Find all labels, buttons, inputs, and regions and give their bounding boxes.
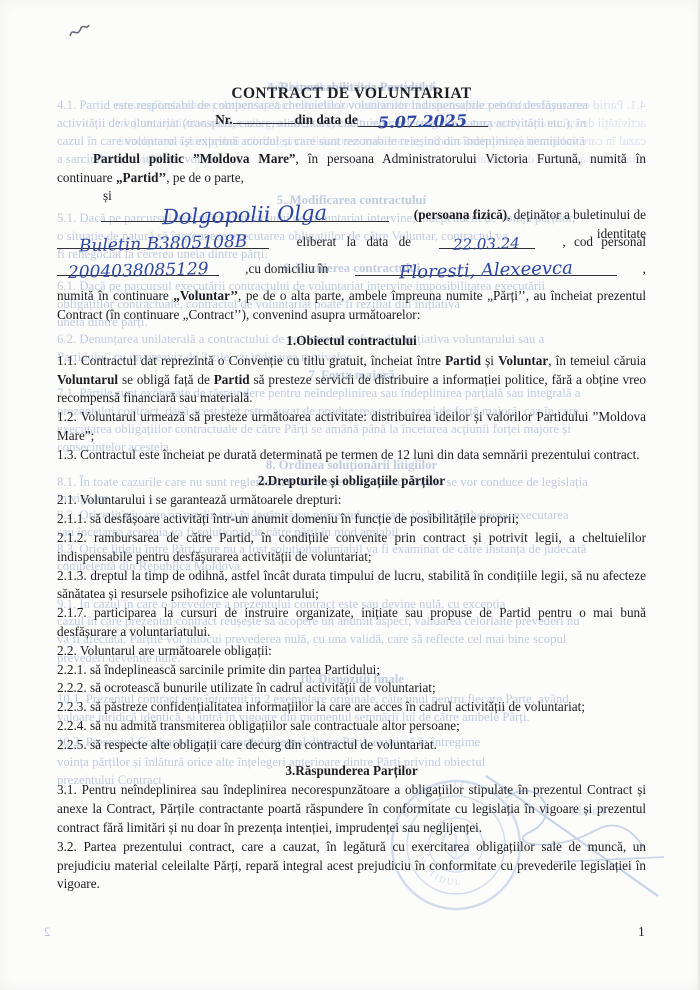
nr-label: Nr. xyxy=(215,112,232,127)
contract-body: CONTRACT DE VOLUNTARIAT Nr.din data de5.… xyxy=(57,84,646,894)
id-handwritten-value: Buletin B3805108B xyxy=(79,236,248,253)
pen-mark-icon xyxy=(66,20,92,46)
paragraph: 3.2. Partea prezentului contract, care a… xyxy=(57,838,646,894)
paragraph: 2.2.2. să ocrotească bunurile utilizate … xyxy=(57,679,646,698)
closing-intro-paragraph: numită în continuare „Voluntar’’, pe de … xyxy=(57,287,646,325)
domicile-label: ,cu domiciliu în xyxy=(245,260,328,279)
bold-text-run: „Voluntar’’ xyxy=(173,288,238,303)
text-run: 1.1. Contractul dat reprezintă o Convenț… xyxy=(57,353,445,368)
cod-label: , cod personal xyxy=(562,233,646,252)
page-number: 1 xyxy=(638,924,645,940)
paragraph: 2.2.5. să respecte alte obligații care d… xyxy=(57,736,646,755)
domicile-tail: , xyxy=(643,260,646,279)
bold-text-run: (persoana fizică) xyxy=(414,207,507,222)
paragraph: 2.2.4. să nu admită transmiterea obligaț… xyxy=(57,717,646,736)
name-field: Dolgopolii Olga xyxy=(101,206,389,222)
paragraph: 2.1.1. să desfășoare activități într-un … xyxy=(57,510,646,529)
paragraph: 2.1. Voluntarului i se garantează următo… xyxy=(57,491,646,510)
domicile-field: Floresti, Alexeevca xyxy=(355,260,617,276)
section-heading: 2.Drepturile și obligațiile părților xyxy=(57,472,646,491)
date-label: din data de xyxy=(295,112,358,127)
section-heading: 1.Obiectul contractului xyxy=(57,332,646,351)
text-run: se obligă față de xyxy=(118,372,214,387)
name-handwritten-value: Dolgopolii Olga xyxy=(162,207,327,224)
paragraph: 2.2. Voluntarul are următoarele obligați… xyxy=(57,642,646,661)
cod-handwritten-value: 2004038085129 xyxy=(68,263,209,279)
domicile-handwritten-value: Floresti, Alexeevca xyxy=(398,263,572,280)
section-heading: 3.Răspunderea Parților xyxy=(57,762,646,781)
paragraph: 3.1. Pentru neîndeplinirea sau îndeplini… xyxy=(57,781,646,837)
paragraph: 1.1. Contractul dat reprezintă o Convenț… xyxy=(57,352,646,408)
paragraph: 2.1.3. dreptul la timp de odihnă, astfel… xyxy=(57,567,646,605)
nr-blank-field xyxy=(233,108,295,124)
bold-text-run: „Partid’’ xyxy=(116,170,166,185)
number-date-line: Nr.din data de5.07.2025 xyxy=(57,108,646,130)
paragraph: 1.3. Contractul este încheiat pe durată … xyxy=(57,446,646,465)
bold-text-run: Voluntar xyxy=(498,353,548,368)
text-run: , în temeiul căruia xyxy=(548,353,646,368)
sections: 1.Obiectul contractului1.1. Contractul d… xyxy=(57,332,646,894)
paragraph: 2.1.7. participarea la cursuri de instru… xyxy=(57,604,646,642)
intro-paragraph: Partidul politic ”Moldova Mare”, în pers… xyxy=(57,150,646,188)
paragraph: 2.1.2. rambursarea de către Partid, în c… xyxy=(57,529,646,567)
cod-field: 2004038085129 xyxy=(57,260,219,276)
reverse-page-number: 2 xyxy=(44,924,51,940)
bold-text-run: Voluntarul xyxy=(57,372,118,387)
id-field: Buletin B3805108B xyxy=(57,233,269,249)
paragraph: 2.2.1. să îndeplinească sarcinile primit… xyxy=(57,661,646,680)
name-line: Dolgopolii Olga(persoana fizică), dețină… xyxy=(57,206,646,233)
bold-text-run: Partidul politic ”Moldova Mare” xyxy=(93,151,296,166)
contract-page: 4. Responsabilitatea Partidului4.1. Part… xyxy=(0,0,700,990)
paragraph: 1.2. Voluntarul urmează să presteze urmă… xyxy=(57,408,646,446)
issued-date-field: 22.03.24 xyxy=(439,233,535,249)
text-run: și xyxy=(481,353,498,368)
document-title: CONTRACT DE VOLUNTARIAT xyxy=(57,84,646,104)
text-run: , pe de o parte, xyxy=(166,170,244,185)
date-field: 5.07.2025 xyxy=(358,111,488,127)
paragraph: 2.2.3. să păstreze confidențialitatea in… xyxy=(57,698,646,717)
date-handwritten-value: 5.07.2025 xyxy=(378,115,467,129)
text-run: numită în continuare xyxy=(57,288,173,303)
bold-text-run: Partid xyxy=(445,353,481,368)
issued-date-handwritten-value: 22.03.24 xyxy=(453,237,520,251)
bold-text-run: Partid xyxy=(214,372,250,387)
issued-label: eliberat la data de xyxy=(297,233,411,252)
si-line: și xyxy=(57,187,646,206)
cod-domicile-line: 2004038085129,cu domiciliu înFloresti, A… xyxy=(57,260,646,287)
